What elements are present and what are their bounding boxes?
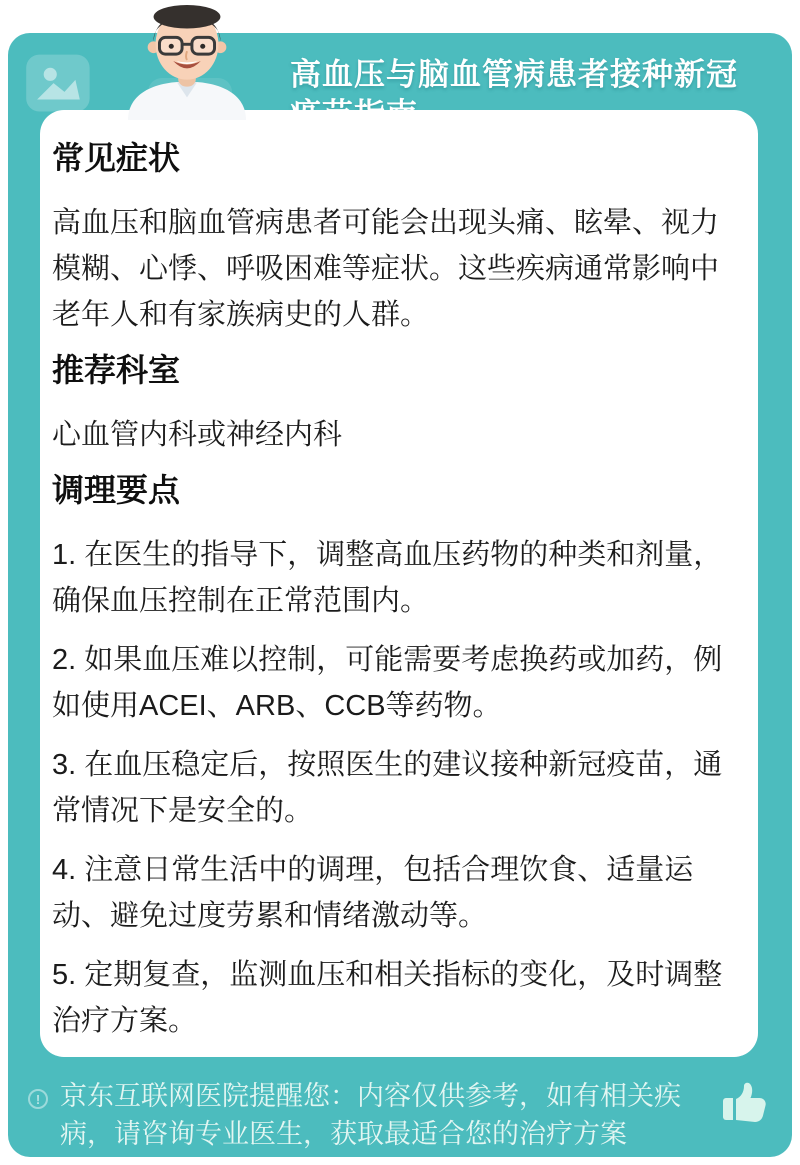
section-heading-symptoms: 常见症状 <box>52 138 742 178</box>
care-point-item: 1. 在医生的指导下，调整高血压药物的种类和剂量，确保血压控制在正常范围内。 <box>52 532 742 624</box>
image-placeholder-icon <box>24 50 94 114</box>
care-point-item: 4. 注意日常生活中的调理，包括合理饮食、适量运动、避免过度劳累和情绪激动等。 <box>52 847 742 939</box>
care-point-item: 5. 定期复查，监测血压和相关指标的变化，及时调整治疗方案。 <box>52 952 742 1044</box>
care-point-item: 2. 如果血压难以控制，可能需要考虑换药或加药，例如使用ACEI、ARB、CCB… <box>52 637 742 729</box>
section-heading-care-points: 调理要点 <box>52 470 742 510</box>
care-point-item: 3. 在血压稳定后，按照医生的建议接种新冠疫苗，通常情况下是安全的。 <box>52 742 742 834</box>
info-icon: ! <box>28 1089 48 1109</box>
teal-shell: 高血压与脑血管病患者接种新冠疫苗指南 常见症状 高血压和脑血管病患者可能会出现头… <box>8 33 792 1157</box>
thumbs-up-icon <box>720 1079 770 1130</box>
symptoms-paragraph: 高血压和脑血管病患者可能会出现头痛、眩晕、视力模糊、心悸、呼吸困难等症状。这些疾… <box>52 200 742 338</box>
department-paragraph: 心血管内科或神经内科 <box>52 412 742 458</box>
content-card: 常见症状 高血压和脑血管病患者可能会出现头痛、眩晕、视力模糊、心悸、呼吸困难等症… <box>40 110 758 1057</box>
info-icon-glyph: ! <box>36 1092 40 1107</box>
doctor-avatar <box>102 2 272 120</box>
section-heading-department: 推荐科室 <box>52 350 742 390</box>
footer-disclaimer: ! 京东互联网医院提醒您：内容仅供参考，如有相关疾病，请咨询专业医生，获取最适合… <box>28 1077 780 1153</box>
footer-notice-text: 京东互联网医院提醒您：内容仅供参考，如有相关疾病，请咨询专业医生，获取最适合您的… <box>60 1077 708 1153</box>
